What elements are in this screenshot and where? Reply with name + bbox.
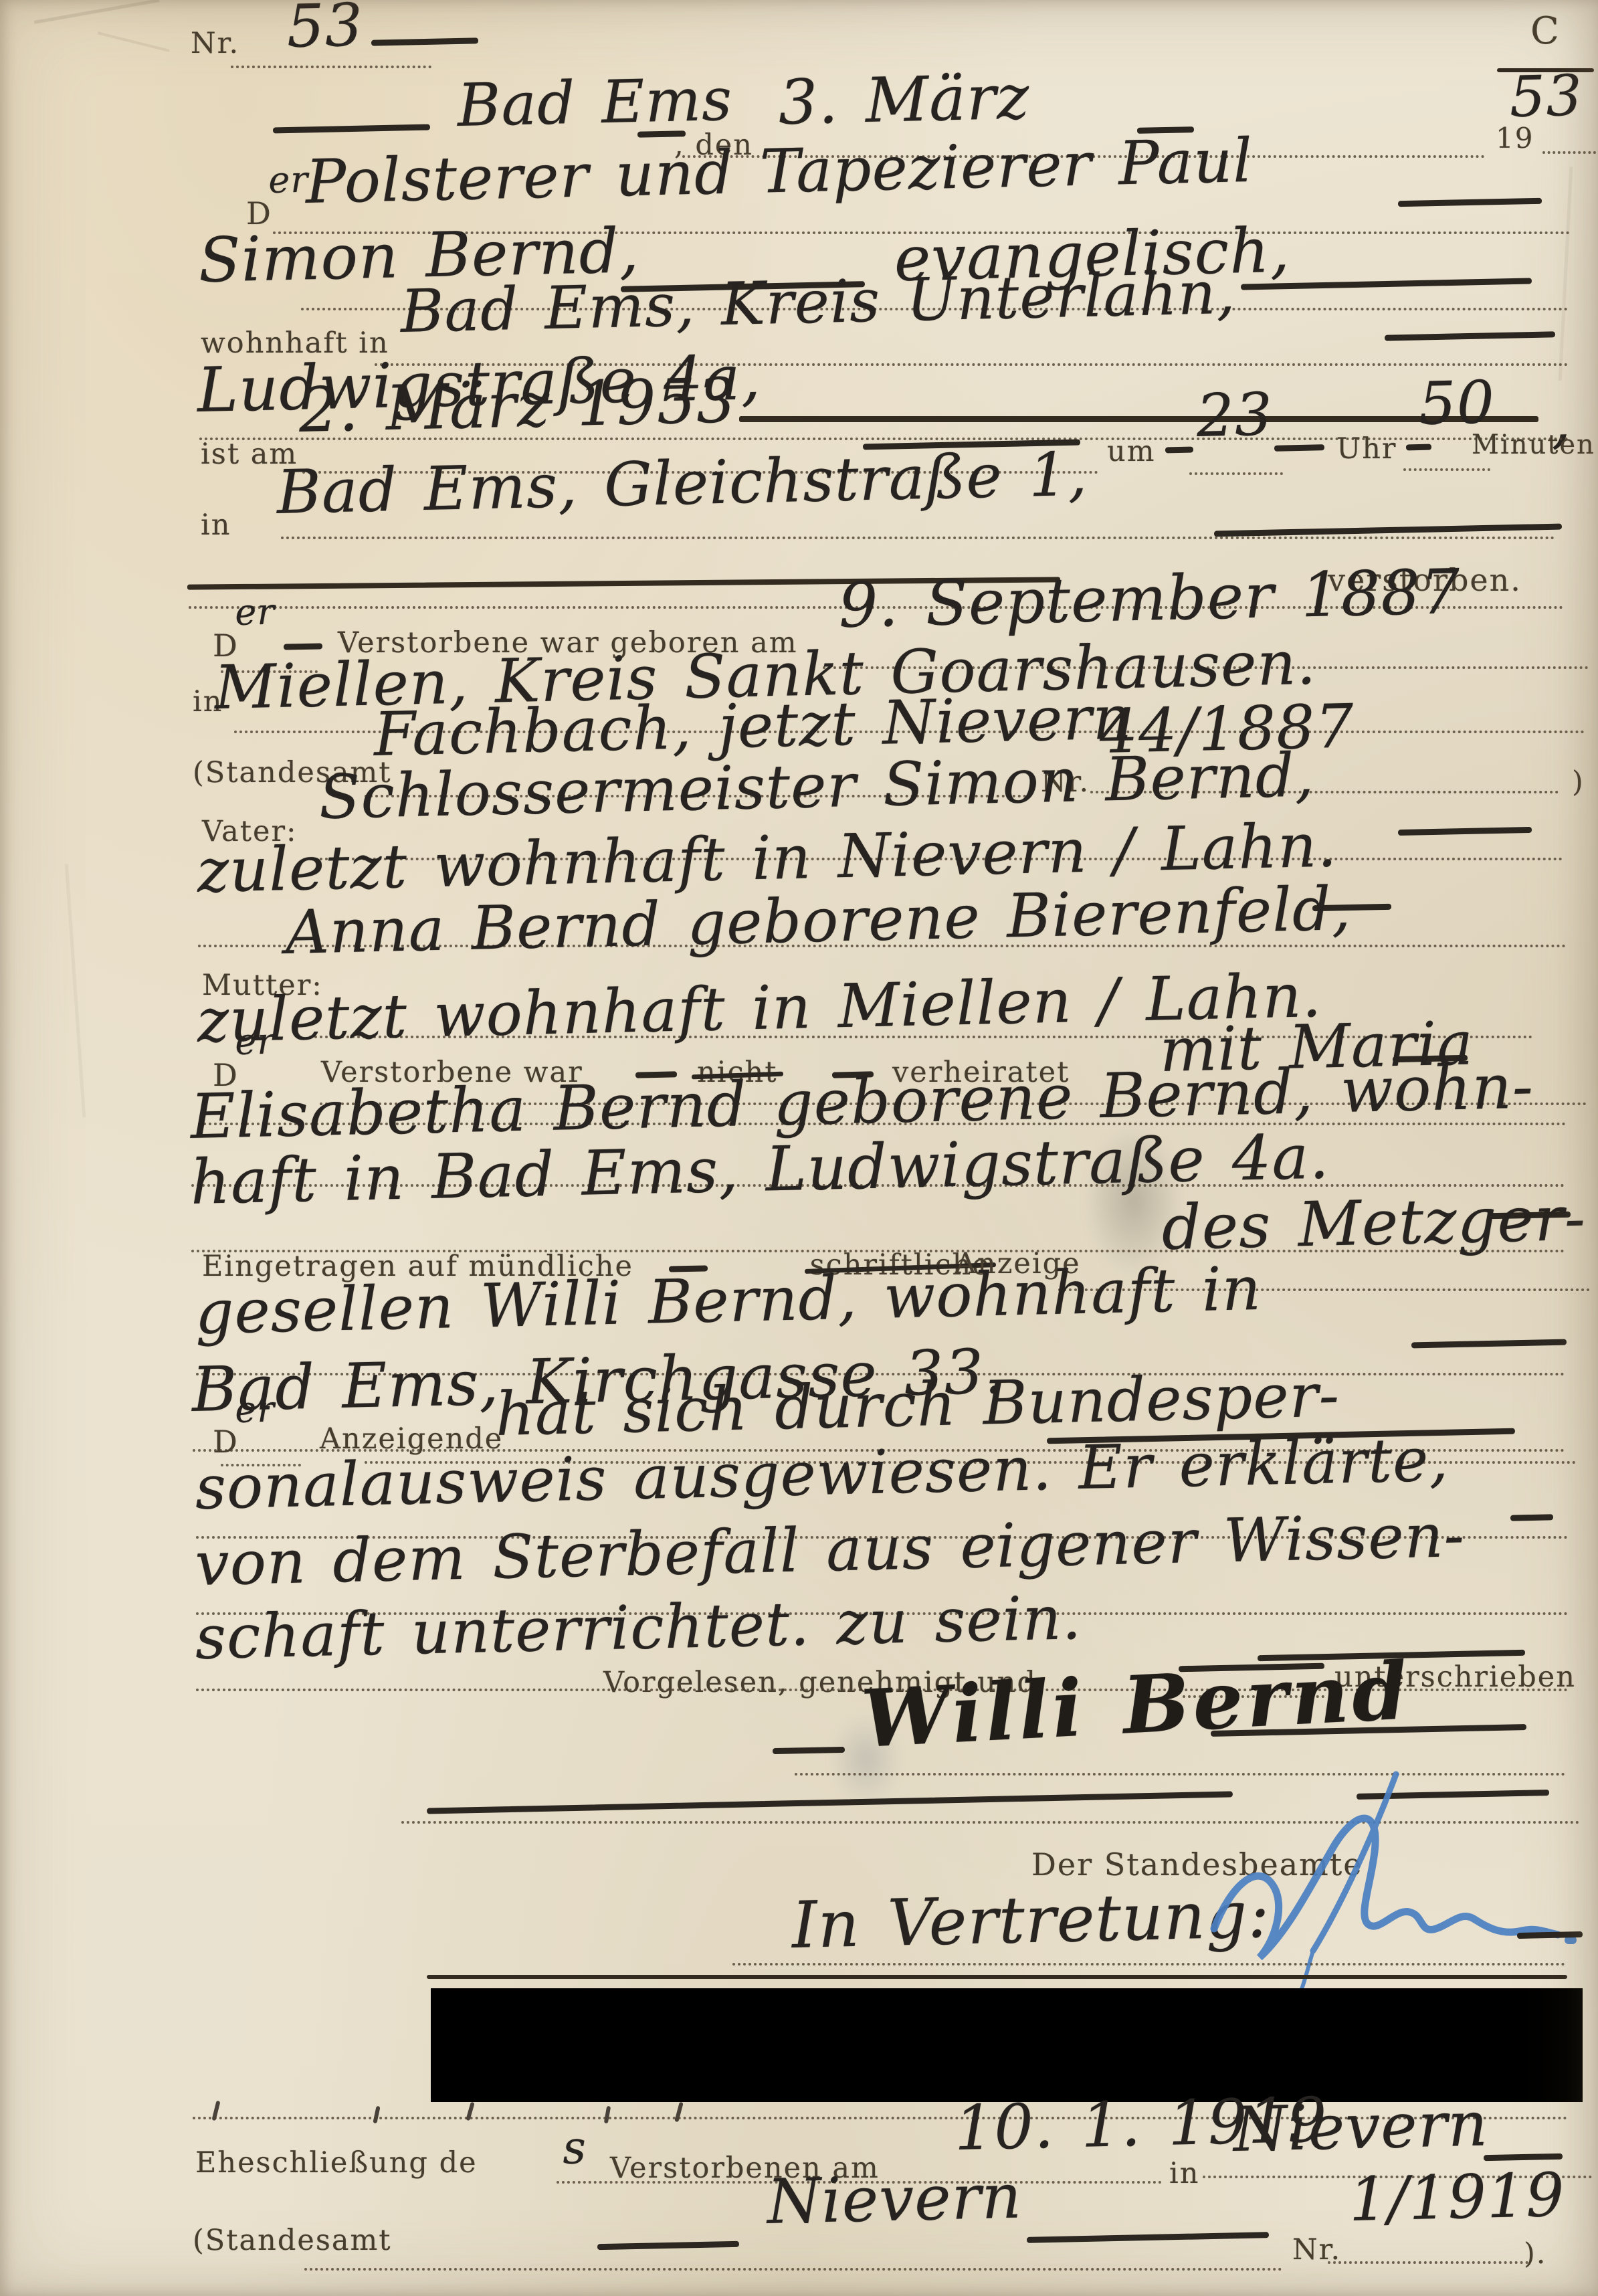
- ink-dash: [427, 1791, 1233, 1814]
- er-handwritten: er: [235, 1388, 276, 1431]
- minuten-label: Minuten: [1472, 429, 1595, 460]
- eheschliessung-label: Eheschließung de: [195, 2146, 478, 2180]
- ink-stroke: [373, 2106, 380, 2124]
- ink-dash: [1398, 827, 1532, 836]
- form-rule: [304, 2268, 1282, 2271]
- register-letter: C: [1530, 9, 1561, 53]
- in-label: in: [201, 508, 231, 542]
- form-rule: [1542, 151, 1596, 154]
- form-rule: [1403, 468, 1490, 471]
- er-handwritten: er: [235, 591, 276, 634]
- ink-dash: [371, 37, 478, 45]
- report-line0-handwritten: des Metzger-: [1161, 1183, 1587, 1264]
- death-minute-handwritten: 50: [1418, 367, 1496, 438]
- in-label: in: [1169, 2157, 1199, 2190]
- form-rule: [1328, 2261, 1528, 2264]
- marriage-register-no-handwritten: 1/1919: [1349, 2160, 1566, 2235]
- form-rule: [281, 537, 1555, 539]
- ink-dash: [1398, 198, 1542, 207]
- form-rule: [732, 1963, 1565, 1966]
- bleed-through-mark: [91, 31, 169, 78]
- ink-dash: [1411, 1339, 1567, 1349]
- s-suffix-handwritten: s: [562, 2121, 587, 2175]
- bleed-through-mark: [1559, 167, 1593, 381]
- um-label: um: [1107, 435, 1155, 468]
- ink-dash: [597, 2241, 739, 2250]
- entry-number-handwritten: 53: [286, 0, 364, 61]
- standesamt-label: (Standesamt: [193, 2224, 392, 2257]
- occupation-line-handwritten: Polsterer und Tapezierer Paul: [305, 126, 1254, 217]
- form-rule: [1189, 472, 1283, 475]
- death-hour-handwritten: 23: [1196, 379, 1274, 450]
- ink-dash: [284, 643, 322, 650]
- marriage-place-handwritten: Nievern: [1233, 2088, 1489, 2166]
- er-handwritten: er: [268, 159, 309, 201]
- bleed-through-mark: [34, 0, 167, 64]
- ink-dash: [1214, 524, 1562, 537]
- declarant-signature: Willi Bernd: [860, 1644, 1413, 1765]
- bleed-through-mark: [65, 862, 103, 1117]
- blue-signature-scrawl-icon: [1174, 1772, 1598, 1992]
- paren-close: ): [1572, 765, 1585, 799]
- ink-dash: [1406, 444, 1431, 451]
- death-register-page: Nr. 53 C 53 19 Bad Ems , den 3. März D e…: [0, 0, 1598, 2296]
- er-handwritten: er: [235, 1020, 276, 1063]
- nr-label: Nr.: [191, 27, 239, 60]
- ink-line: [427, 1975, 1567, 1979]
- birth-date-handwritten: 9. September 1887: [838, 556, 1462, 642]
- uhr-label: Uhr: [1336, 432, 1397, 466]
- ink-dash: [1274, 444, 1324, 452]
- ink-dash: [1510, 1514, 1553, 1521]
- ink-dash: [1027, 2232, 1269, 2243]
- death-place-handwritten: Bad Ems, Gleichstraße 1,: [276, 440, 1089, 528]
- marriage-standesamt-handwritten: Nievern: [767, 2160, 1023, 2238]
- paren-close: ).: [1524, 2237, 1546, 2271]
- ink-dash: [1385, 331, 1555, 341]
- mutter-line2-handwritten: zuletzt wohnhaft in Miellen / Lahn.: [197, 961, 1322, 1056]
- ink-dash: [273, 124, 430, 134]
- death-date-handwritten: 2. März 1953: [298, 365, 737, 446]
- ink-dash: [1165, 447, 1193, 454]
- form-rule: [231, 66, 431, 68]
- year-printed: 19: [1496, 122, 1534, 155]
- register-number-handwritten: 53: [1509, 63, 1583, 130]
- redaction-box: [431, 1988, 1583, 2102]
- ink-stroke: [604, 2106, 611, 2124]
- issue-date-handwritten: 3. März: [778, 62, 1031, 138]
